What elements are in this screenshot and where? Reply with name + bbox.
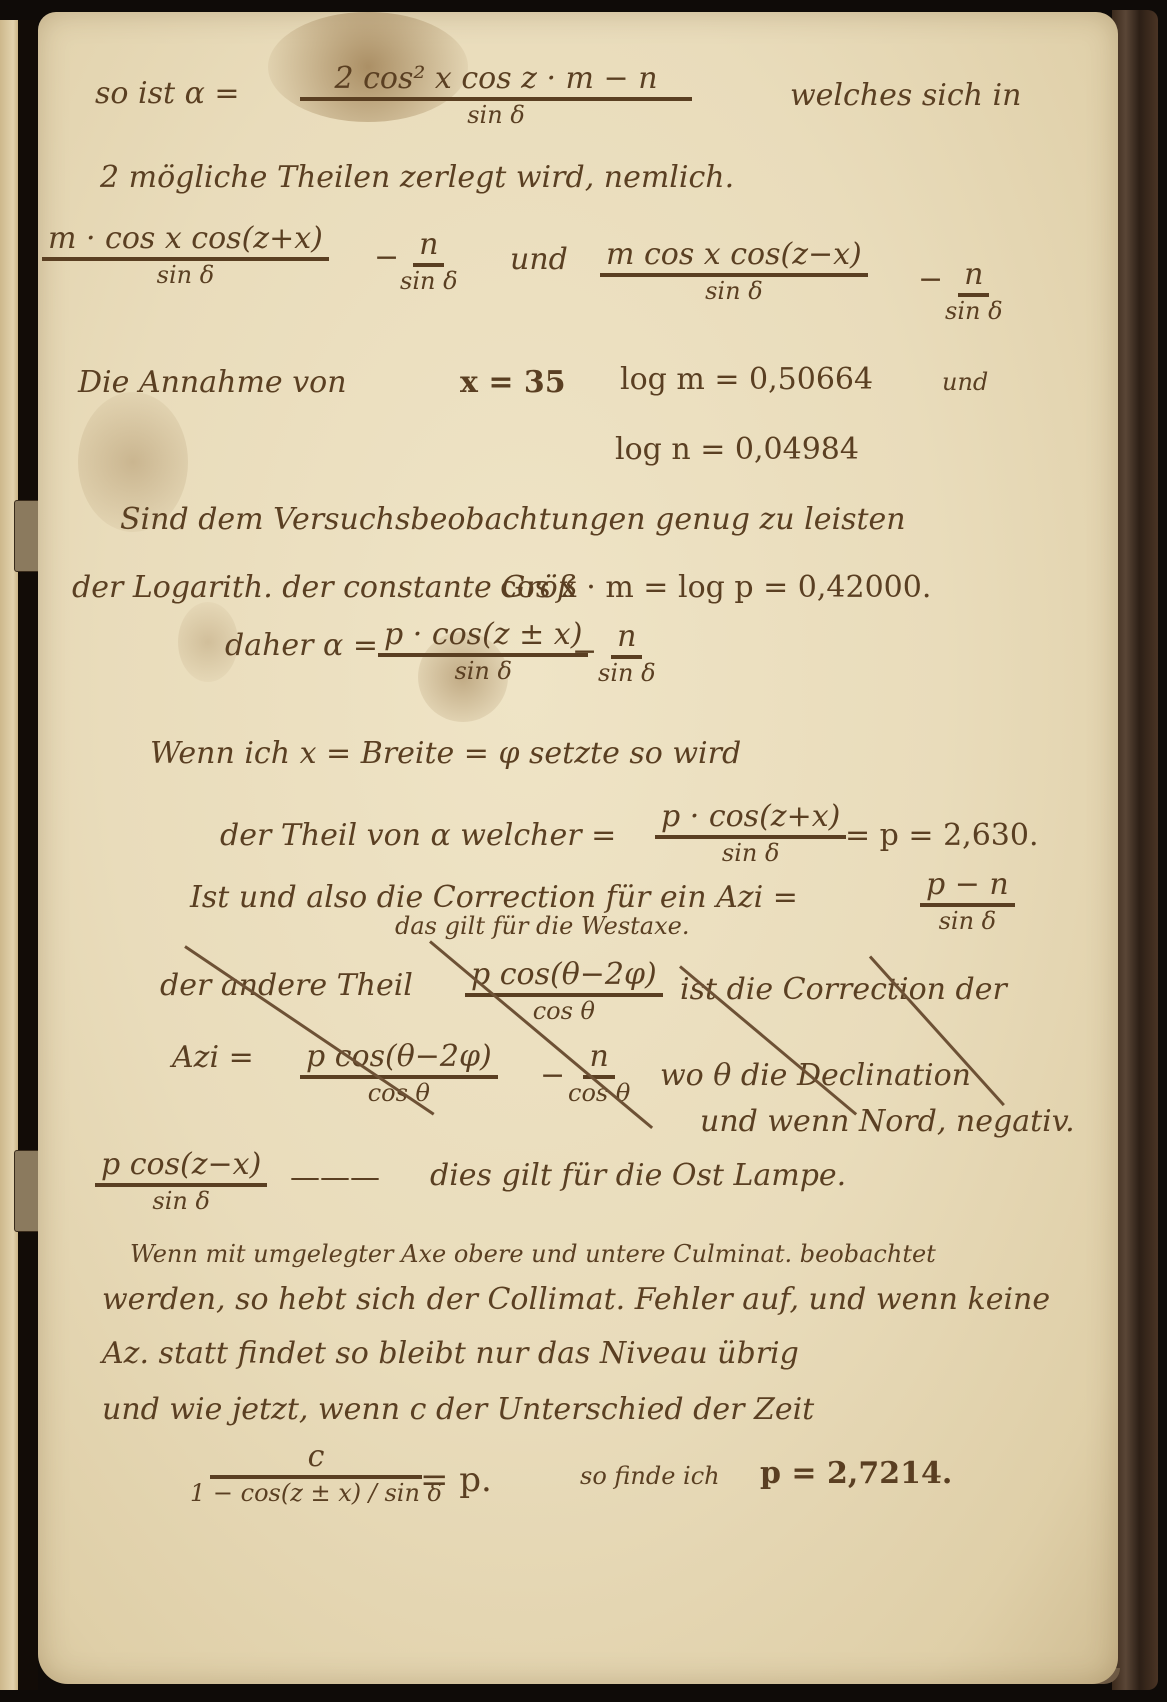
line-4-conjunction: und <box>942 368 988 396</box>
line-3-fraction-3: m cos x cos(z−x) sin δ <box>600 238 868 305</box>
line-4-eq2: log m = 0,50664 <box>620 362 873 397</box>
line-17-text: Wenn mit umgelegter Axe obere und untere… <box>130 1240 936 1268</box>
line-16-dash: ——— <box>290 1160 380 1195</box>
fraction-denominator: sin δ <box>598 659 656 688</box>
line-10-fraction: p · cos(z+x) sin δ <box>655 800 846 867</box>
line-10-text: der Theil von α welcher = <box>220 818 616 853</box>
line-16-fraction: p cos(z−x) sin δ <box>95 1148 267 1215</box>
fraction-numerator: m cos x cos(z−x) <box>600 238 868 277</box>
line-11-text: Ist und also die Correction für ein Azi … <box>190 880 798 915</box>
fraction-denominator: 1 − cos(z ± x) / sin δ <box>190 1479 442 1508</box>
minus-sign: − <box>918 262 943 297</box>
fraction-numerator: p · cos(z+x) <box>655 800 846 839</box>
fraction-numerator: p · cos(z ± x) <box>378 618 588 657</box>
minus-sign: − <box>540 1058 565 1093</box>
fraction-numerator: n <box>958 258 989 297</box>
line-1-prefix: so ist α = <box>95 76 240 111</box>
fraction-denominator: sin δ <box>400 267 458 296</box>
fraction-numerator: p cos(θ−2φ) <box>465 958 663 997</box>
line-18-text: werden, so hebt sich der Collimat. Fehle… <box>102 1282 1050 1317</box>
fraction-denominator: sin δ <box>939 907 997 936</box>
minus-sign: − <box>374 240 399 275</box>
line-16-text: dies gilt für die Ost Lampe. <box>430 1158 846 1193</box>
line-7-equation: cos x · m = log p = 0,42000. <box>500 570 931 605</box>
line-14-fraction-2: n cos θ <box>568 1040 630 1107</box>
line-4-text: Die Annahme von <box>78 365 347 400</box>
book-cover-edge <box>1112 10 1158 1690</box>
minus-sign: − <box>572 634 597 669</box>
line-14-fraction-1: p cos(θ−2φ) cos θ <box>300 1040 498 1107</box>
fraction-denominator: sin δ <box>454 657 512 686</box>
line-1-suffix: welches sich in <box>790 78 1021 113</box>
line-4-eq1: x = 35 <box>460 365 566 400</box>
line-3-conjunction: und <box>510 242 568 277</box>
line-8-prefix: daher α = <box>225 628 378 663</box>
line-6-text: Sind dem Versuchsbeobachtungen genug zu … <box>120 502 906 537</box>
line-20-text: und wie jetzt, wenn c der Unterschied de… <box>102 1392 814 1427</box>
fraction-numerator: m · cos x cos(z+x) <box>42 222 329 261</box>
line-13-suffix: ist die Correction der <box>680 972 1007 1007</box>
line-3-fraction-4: n sin δ <box>945 258 1003 325</box>
line-13-fraction: p cos(θ−2φ) cos θ <box>465 958 663 1025</box>
fraction-numerator: p − n <box>920 868 1015 907</box>
fraction-numerator: n <box>413 228 444 267</box>
line-14-suffix: wo θ die Declination <box>660 1058 971 1093</box>
line-21-fraction: c 1 − cos(z ± x) / sin δ <box>190 1440 442 1507</box>
line-9-text: Wenn ich x = Breite = φ setzte so wird <box>150 736 741 771</box>
line-14-prefix: Azi = <box>172 1040 254 1075</box>
fraction-denominator: sin δ <box>705 277 763 306</box>
fraction-denominator: sin δ <box>722 839 780 868</box>
fraction-denominator: sin δ <box>467 101 525 130</box>
line-5-log-n: log n = 0,04984 <box>615 432 859 467</box>
line-21-text: so finde ich <box>580 1462 720 1490</box>
fraction-numerator: n <box>611 620 642 659</box>
line-21-result: p = 2,7214. <box>760 1456 952 1491</box>
fraction-numerator: 2 cos² x cos z · m − n <box>300 62 692 101</box>
line-8-fraction-1: p · cos(z ± x) sin δ <box>378 618 588 685</box>
book-spine-binding <box>18 20 38 1690</box>
fraction-denominator: sin δ <box>945 297 1003 326</box>
fraction-numerator: c <box>210 1440 422 1479</box>
fraction-denominator: cos θ <box>533 997 595 1026</box>
line-11-fraction: p − n sin δ <box>920 868 1015 935</box>
line-19-text: Az. statt findet so bleibt nur das Nivea… <box>102 1336 799 1371</box>
line-2-text: 2 mögliche Theilen zerlegt wird, nemlich… <box>100 160 734 195</box>
line-12-text: das gilt für die Westaxe. <box>395 912 689 940</box>
line-1-fraction: 2 cos² x cos z · m − n sin δ <box>300 62 692 129</box>
line-8-fraction-2: n sin δ <box>598 620 656 687</box>
line-3-fraction-1: m · cos x cos(z+x) sin δ <box>42 222 329 289</box>
fraction-denominator: sin δ <box>152 1187 210 1216</box>
line-13-text: der andere Theil <box>160 968 413 1003</box>
line-15-text: und wenn Nord, negativ. <box>700 1104 1075 1139</box>
line-10-result: = p = 2,630. <box>845 818 1039 853</box>
line-21-equals-p: = p. <box>420 1460 492 1500</box>
fraction-numerator: p cos(z−x) <box>95 1148 267 1187</box>
line-3-fraction-2: n sin δ <box>400 228 458 295</box>
fraction-denominator: sin δ <box>157 261 215 290</box>
